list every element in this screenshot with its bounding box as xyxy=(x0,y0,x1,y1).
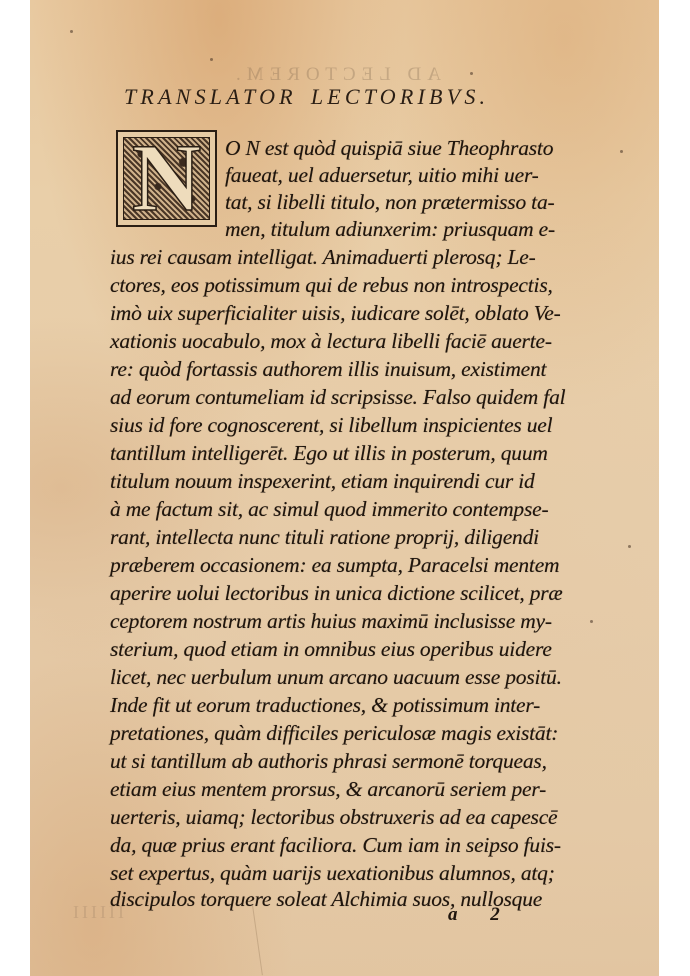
text-line: titulum nouum inspexerint, etiam inquire… xyxy=(110,469,535,494)
page-heading: TRANSLATORLECTORIBVS. xyxy=(124,84,489,110)
text-line: xationis uocabulo, mox à lectura libelli… xyxy=(110,329,552,354)
text-line: O N est quòd quispiā siue Theophrasto xyxy=(225,136,553,161)
text-line: imò uix superficialiter uisis, iudicare … xyxy=(110,301,561,326)
foxing-speck xyxy=(210,58,213,61)
text-line: ut si tantillum ab authoris phrasi sermo… xyxy=(110,749,547,774)
heading-word-translator: TRANSLATOR xyxy=(124,84,297,109)
text-line: sius id fore cognoscerent, si libellum i… xyxy=(110,413,552,438)
paper-crease xyxy=(252,905,263,975)
foxing-speck xyxy=(590,620,593,623)
foxing-speck xyxy=(620,150,623,153)
show-through-text: AD LECTOREM. xyxy=(230,64,441,86)
text-line: Inde fit ut eorum traductiones, & potiss… xyxy=(110,693,540,718)
text-line: set expertus, quàm uarijs uexationibus a… xyxy=(110,861,555,886)
text-line: ceptorem nostrum artis huius maximū incl… xyxy=(110,609,552,634)
book-page: AD LECTOREM. IIIIII TRANSLATORLECTORIBVS… xyxy=(30,0,659,976)
text-line: à me factum sit, ac simul quod immerito … xyxy=(110,497,548,522)
text-line: ctores, eos potissimum qui de rebus non … xyxy=(110,273,553,298)
drop-cap-initial: N xyxy=(116,130,217,227)
text-line: men, titulum adiunxerim: priusquam e- xyxy=(225,217,555,242)
foxing-speck xyxy=(628,545,631,548)
text-line: re: quòd fortassis authorem illis inuisu… xyxy=(110,357,546,382)
text-line: licet, nec uerbulum unum arcano uacuum e… xyxy=(110,665,562,690)
text-line: tantillum intelligerēt. Ego ut illis in … xyxy=(110,441,548,466)
text-line: sterium, quod etiam in omnibus eius oper… xyxy=(110,637,552,662)
text-line: pretationes, quàm difficiles periculosæ … xyxy=(110,721,558,746)
text-line: aperire uolui lectoribus in unica dictio… xyxy=(110,581,563,606)
text-line: da, quæ prius erant faciliora. Cum iam i… xyxy=(110,833,561,858)
drop-cap-letter: N xyxy=(124,137,209,220)
heading-word-lectoribus: LECTORIBVS. xyxy=(311,84,489,109)
foxing-speck xyxy=(70,30,73,33)
text-line: faueat, uel aduersetur, uitio mihi uer- xyxy=(225,163,539,188)
text-line: tat, si libelli titulo, non prætermisso … xyxy=(225,190,554,215)
text-line: præberem occasionem: ea sumpta, Paracels… xyxy=(110,553,559,578)
ornamental-foliage-background: N xyxy=(123,137,210,220)
text-line: uerteris, uiamq; lectoribus obstruxeris … xyxy=(110,805,557,830)
text-line: rant, intellecta nunc tituli ratione pro… xyxy=(110,525,539,550)
text-line: ad eorum contumeliam id scripsisse. Fals… xyxy=(110,385,565,410)
foxing-speck xyxy=(470,72,473,75)
text-line: etiam eius mentem prorsus, & arcanorū se… xyxy=(110,777,546,802)
text-line: ius rei causam intelligat. Animaduerti p… xyxy=(110,245,536,270)
signature-mark: a 2 xyxy=(448,904,514,926)
